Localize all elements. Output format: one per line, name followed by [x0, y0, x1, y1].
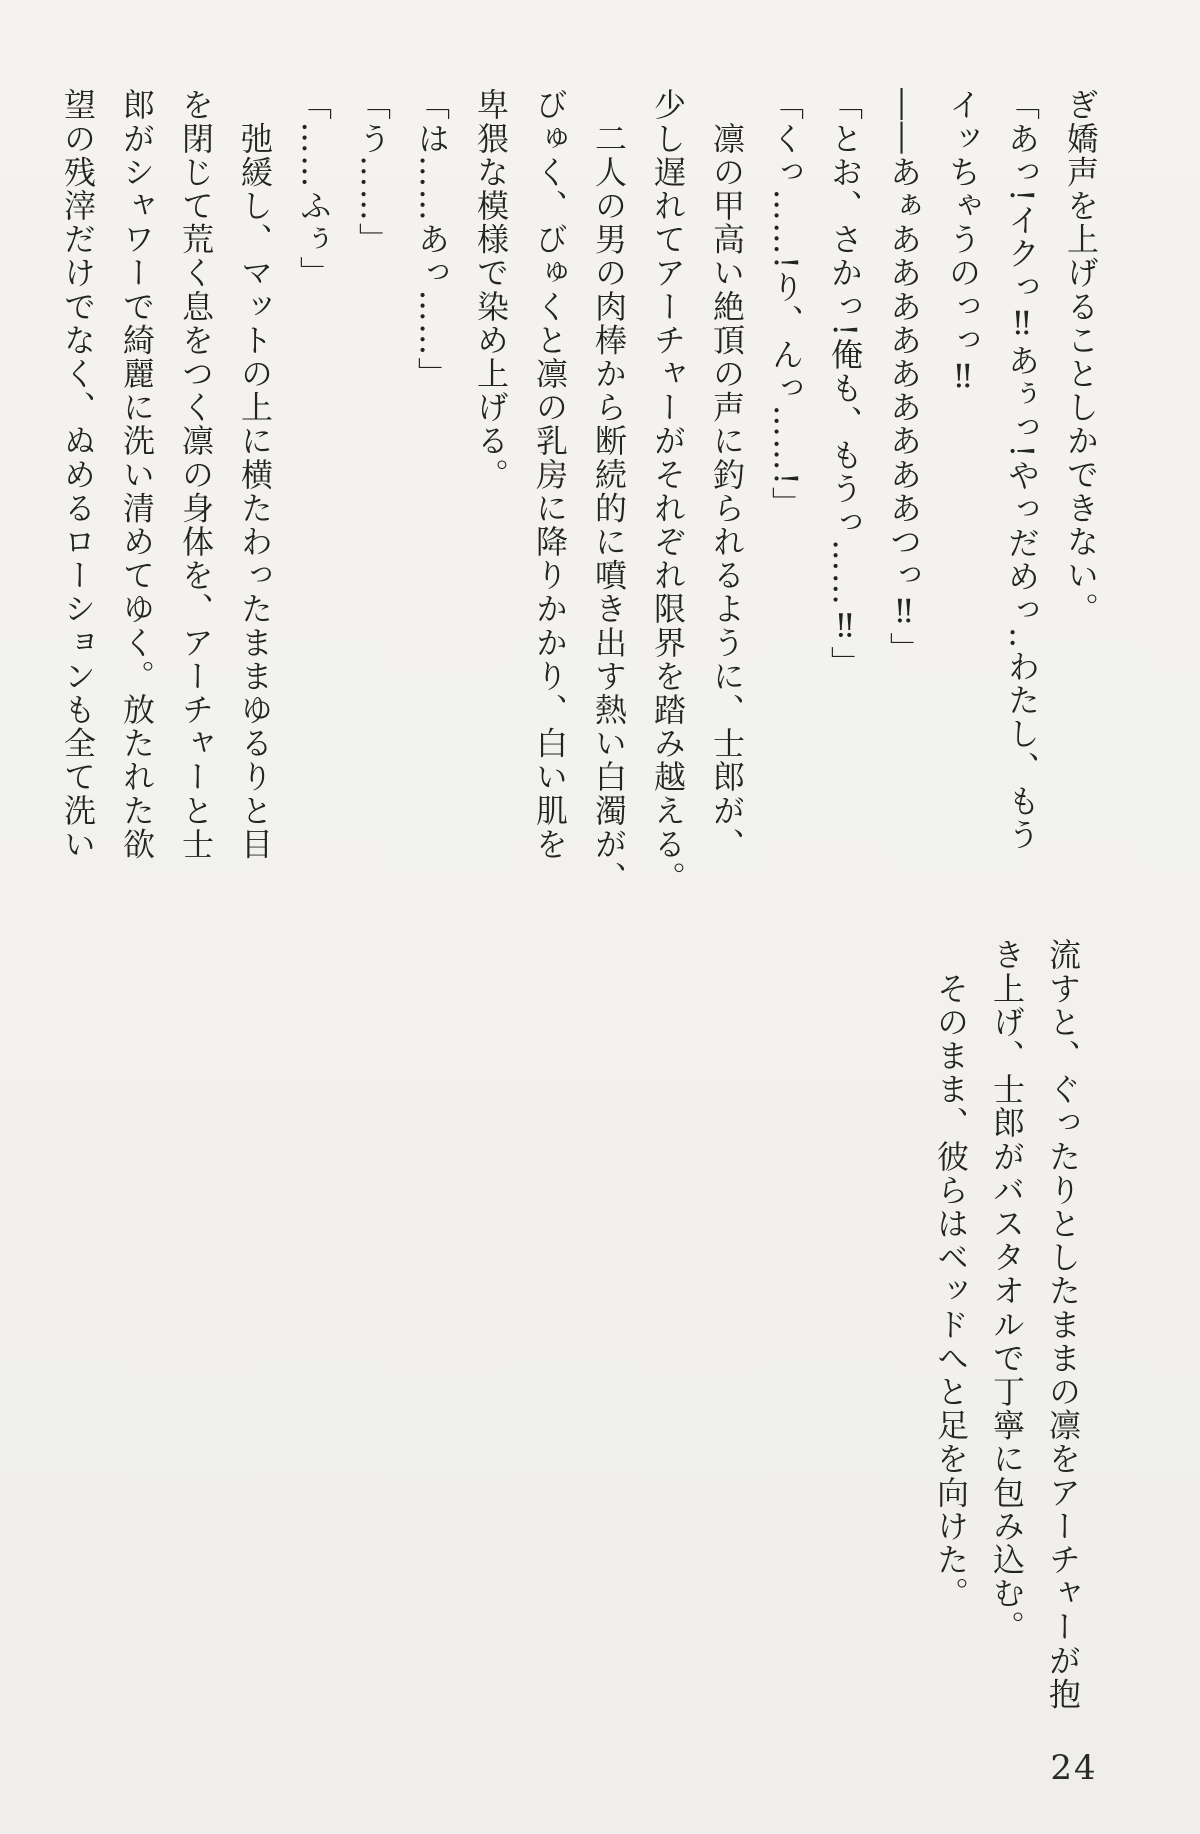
text-column: ――あぁあああああああああつっ‼」	[887, 88, 921, 665]
text-column: 「あっ!イクっ‼あぅっ!やっだめっ‥わたし、もう	[1005, 88, 1039, 851]
text-column: 「う……」	[356, 88, 390, 256]
text-column: 「は……あっ……」	[415, 88, 449, 390]
text-column: 郎がシャワーで綺麗に洗い清めてゆく。放たれた欲	[120, 88, 154, 861]
text-column: 少し遅れてアーチャーがそれぞれ限界を踏み越える。	[651, 88, 685, 894]
text-column: ぎ嬌声を上げることしかできない。	[1064, 88, 1098, 626]
text-column: 弛緩し、マットの上に横たわったままゆるりと目	[238, 88, 272, 861]
page-number: 24	[1042, 1748, 1106, 1788]
text-column: 「とお、さかっ!俺も、もうっ……‼」	[828, 88, 862, 680]
text-column: そのまま、彼らはベッドへと足を向けた。	[934, 938, 968, 1610]
text-column: き上げ、士郎がバスタオルで丁寧に包み込む。	[990, 938, 1024, 1644]
text-column: びゅく、びゅくと凛の乳房に降りかかり、白い肌を	[533, 88, 567, 861]
text-column: 「……ふぅ」	[297, 88, 331, 290]
text-column: 卑猥な模様で染め上げる。	[474, 88, 508, 491]
text-column: を閉じて荒く息をつく凛の身体を、アーチャーと士	[179, 88, 213, 861]
text-column: 「くっ……!り、んっ……!」	[769, 88, 803, 520]
text-column: イッちゃうのっっ‼	[946, 88, 980, 396]
text-column: 流すと、ぐったりとしたままの凛をアーチャーが抱	[1046, 938, 1080, 1711]
text-column: 望の残滓だけでなく、ぬめるローションも全て洗い	[61, 88, 95, 861]
text-column: 凛の甲高い絶頂の声に釣られるように、士郎が、	[710, 88, 744, 861]
text-column: 二人の男の肉棒から断続的に噴き出す熱い白濁が、	[592, 88, 626, 894]
scanned-novel-page: ぎ嬌声を上げることしかできない。 「あっ!イクっ‼あぅっ!やっだめっ‥わたし、も…	[0, 0, 1200, 1834]
